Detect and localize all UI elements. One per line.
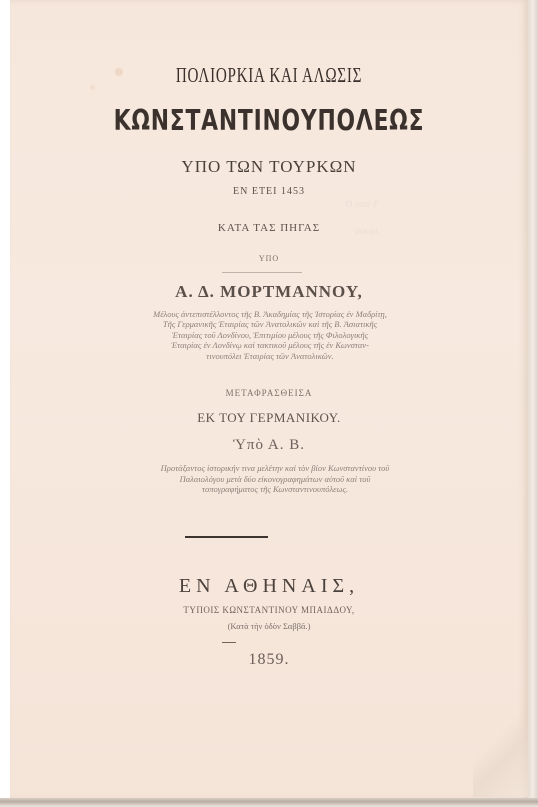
credit-line: Τῆς Γερμανικῆς Ἑταιρίας τῶν Ἀνατολικῶν κ… (60, 319, 480, 329)
sources-line: ΚΑΤΑ ΤΑΣ ΠΗΓΑΣ (10, 222, 528, 234)
preface-line: Προτάξαντος ἱστορικήν τινα μελέτην καὶ τ… (70, 463, 480, 474)
translated-label: ΜΕΤΑΦΡΑΣΘΕΙΣΑ (10, 388, 528, 398)
printer-name: ΤΥΠΟΙΣ ΚΩΝΣΤΑΝΤΙΝΟΥ ΜΠΑΙΔΔΟΥ, (10, 605, 528, 615)
publication-place: ΕΝ ΑΘΗΝΑΙΣ, (10, 575, 528, 598)
year-line: ΕΝ ΕΤΕΙ 1453 (10, 186, 528, 197)
show-through-text: Ὁ ποτὲ δ' (345, 199, 379, 209)
preface-line: τοπογραφήματος τῆς Κωνσταντινουπόλεως. (70, 484, 480, 495)
page-edge-right (528, 0, 538, 807)
credit-line: τινουπόλει Ἑταιρίας τῶν Ἀνατολικῶν. (60, 351, 480, 361)
printer-address: (Κατὰ τὴν ὁδὸν Σαββᾶ.) (10, 621, 528, 631)
preface-line: Παλαιολόγου μετὰ δύο εἰκονογραφημάτων αὐ… (70, 474, 480, 485)
preface-note: Προτάξαντος ἱστορικήν τινα μελέτην καὶ τ… (70, 463, 480, 495)
credit-line: Ἑταιρίας ἐν Λονδίνῳ καὶ τακτικοῦ μέλους … (60, 340, 480, 350)
page-curl (473, 697, 528, 797)
by-label: ΥΠΟ (10, 254, 528, 263)
title-line-1: ΠΟΛΙΟΡΚΙΑ ΚΑΙ ΑΛΩΣΙΣ (83, 63, 456, 88)
author-name: Α. Δ. ΜΟΡΤΜΑΝΝΟΥ, (10, 282, 528, 302)
divider-rule (185, 536, 268, 538)
title-line-2: ΚΩΝΣΤΑΝΤΙΝΟΥΠΟΛΕΩΣ (67, 104, 471, 137)
publication-date: 1859. (10, 651, 528, 669)
short-rule (222, 642, 236, 643)
credit-line: Μέλους ἀντεπιστέλλοντος τῆς Β. Ἀκαδημίας… (60, 309, 480, 319)
divider-rule (222, 272, 302, 273)
title-line-3: ΥΠΟ ΤΩΝ ΤΟΥΡΚΩΝ (10, 157, 528, 177)
page-edge-bottom (0, 798, 538, 807)
author-credits: Μέλους ἀντεπιστέλλοντος τῆς Β. Ἀκαδημίας… (60, 309, 480, 361)
translated-from: ΕΚ ΤΟΥ ΓΕΡΜΑΝΙΚΟΥ. (10, 410, 528, 426)
credit-line: Ἑταιρίας τοῦ Λονδίνου, Ἐπιτιμίου μέλους … (60, 330, 480, 340)
translator: Ὑπὸ Α. Β. (10, 437, 528, 454)
